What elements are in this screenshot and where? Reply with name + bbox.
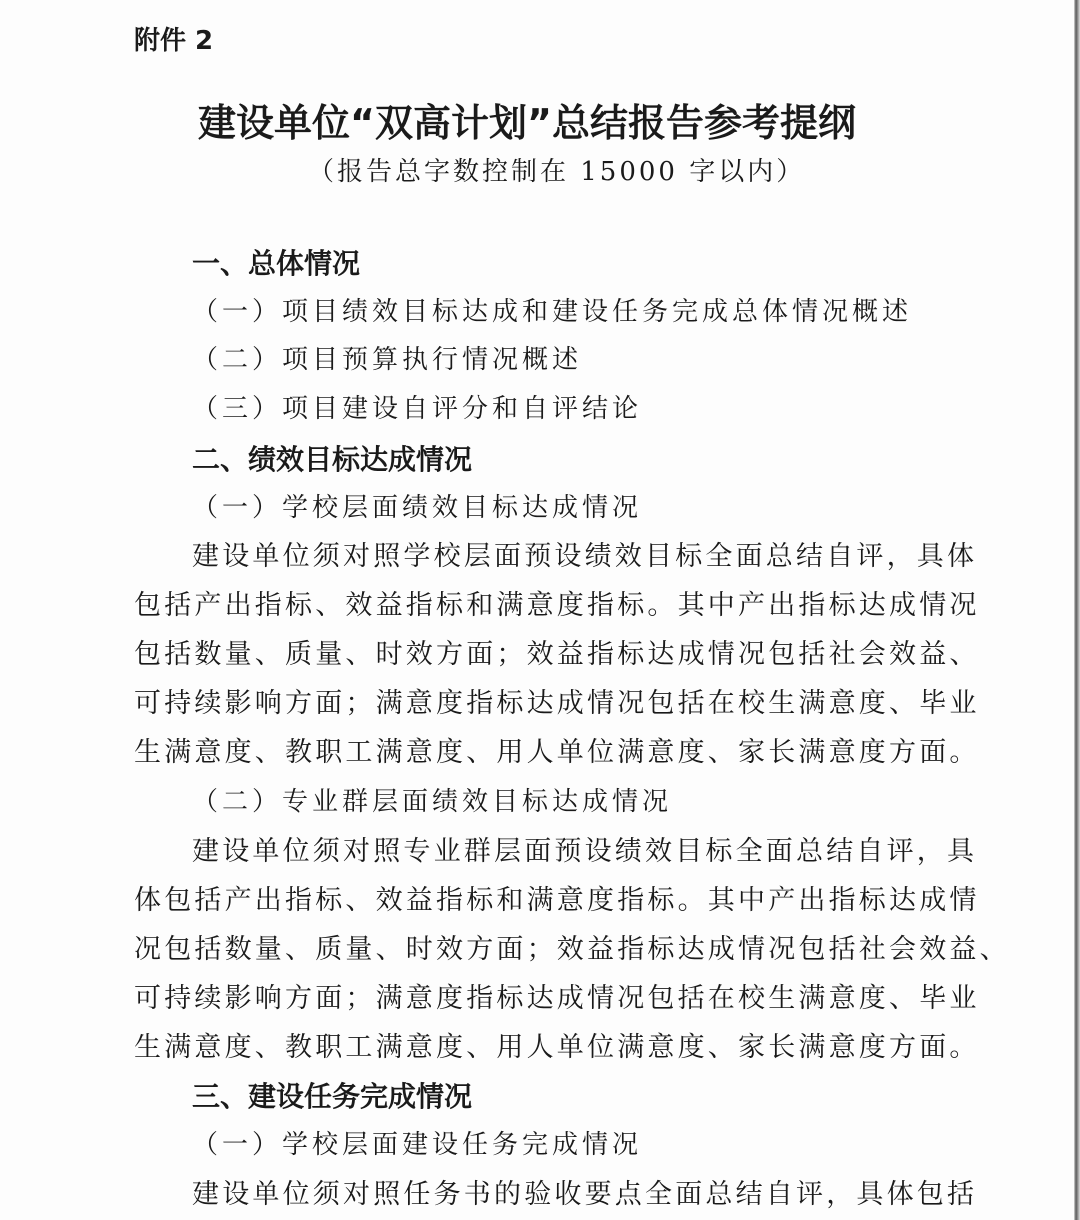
- subsection-heading-2-1: （一）学校层面绩效目标达成情况: [192, 495, 642, 521]
- subsection-heading-3-1: （一）学校层面建设任务完成情况: [192, 1132, 642, 1158]
- section-heading-3: 三、建设任务完成情况: [192, 1083, 472, 1111]
- paragraph-line: 生满意度、教职工满意度、用人单位满意度、家长满意度方面。: [134, 739, 980, 766]
- paragraph-line: 可持续影响方面；满意度指标达成情况包括在校生满意度、毕业: [134, 690, 980, 717]
- paragraph-line: 建设单位须对照专业群层面预设绩效目标全面总结自评，具: [192, 838, 977, 865]
- paragraph-line: 况包括数量、质量、时效方面；效益指标达成情况包括社会效益、: [134, 936, 1010, 963]
- paragraph-line: 建设单位须对照学校层面预设绩效目标全面总结自评，具体: [192, 543, 977, 570]
- subsection-heading-1-2: （二）项目预算执行情况概述: [192, 347, 582, 373]
- subsection-heading-1-3: （三）项目建设自评分和自评结论: [192, 396, 642, 422]
- attachment-label: 附件 2: [134, 28, 213, 54]
- section-heading-2: 二、绩效目标达成情况: [192, 446, 472, 474]
- paragraph-line: 生满意度、教职工满意度、用人单位满意度、家长满意度方面。: [134, 1034, 980, 1061]
- paragraph-line: 体包括产出指标、效益指标和满意度指标。其中产出指标达成情: [134, 887, 980, 914]
- document-page: 附件 2 建设单位“双高计划”总结报告参考提纲 （报告总字数控制在 15000 …: [0, 0, 1074, 1220]
- document-title: 建设单位“双高计划”总结报告参考提纲: [198, 104, 856, 142]
- paragraph-line: 包括产出指标、效益指标和满意度指标。其中产出指标达成情况: [134, 592, 980, 619]
- paragraph-line: 建设单位须对照任务书的验收要点全面总结自评，具体包括: [192, 1181, 977, 1208]
- document-subtitle: （报告总字数控制在 15000 字以内）: [308, 159, 805, 185]
- subsection-heading-2-2: （二）专业群层面绩效目标达成情况: [192, 789, 672, 815]
- paragraph-line: 包括数量、质量、时效方面；效益指标达成情况包括社会效益、: [134, 641, 980, 668]
- paragraph-line: 可持续影响方面；满意度指标达成情况包括在校生满意度、毕业: [134, 985, 980, 1012]
- section-heading-1: 一、总体情况: [192, 250, 360, 278]
- page-edge-divider: [1074, 0, 1080, 1220]
- subsection-heading-1-1: （一）项目绩效目标达成和建设任务完成总体情况概述: [192, 299, 912, 325]
